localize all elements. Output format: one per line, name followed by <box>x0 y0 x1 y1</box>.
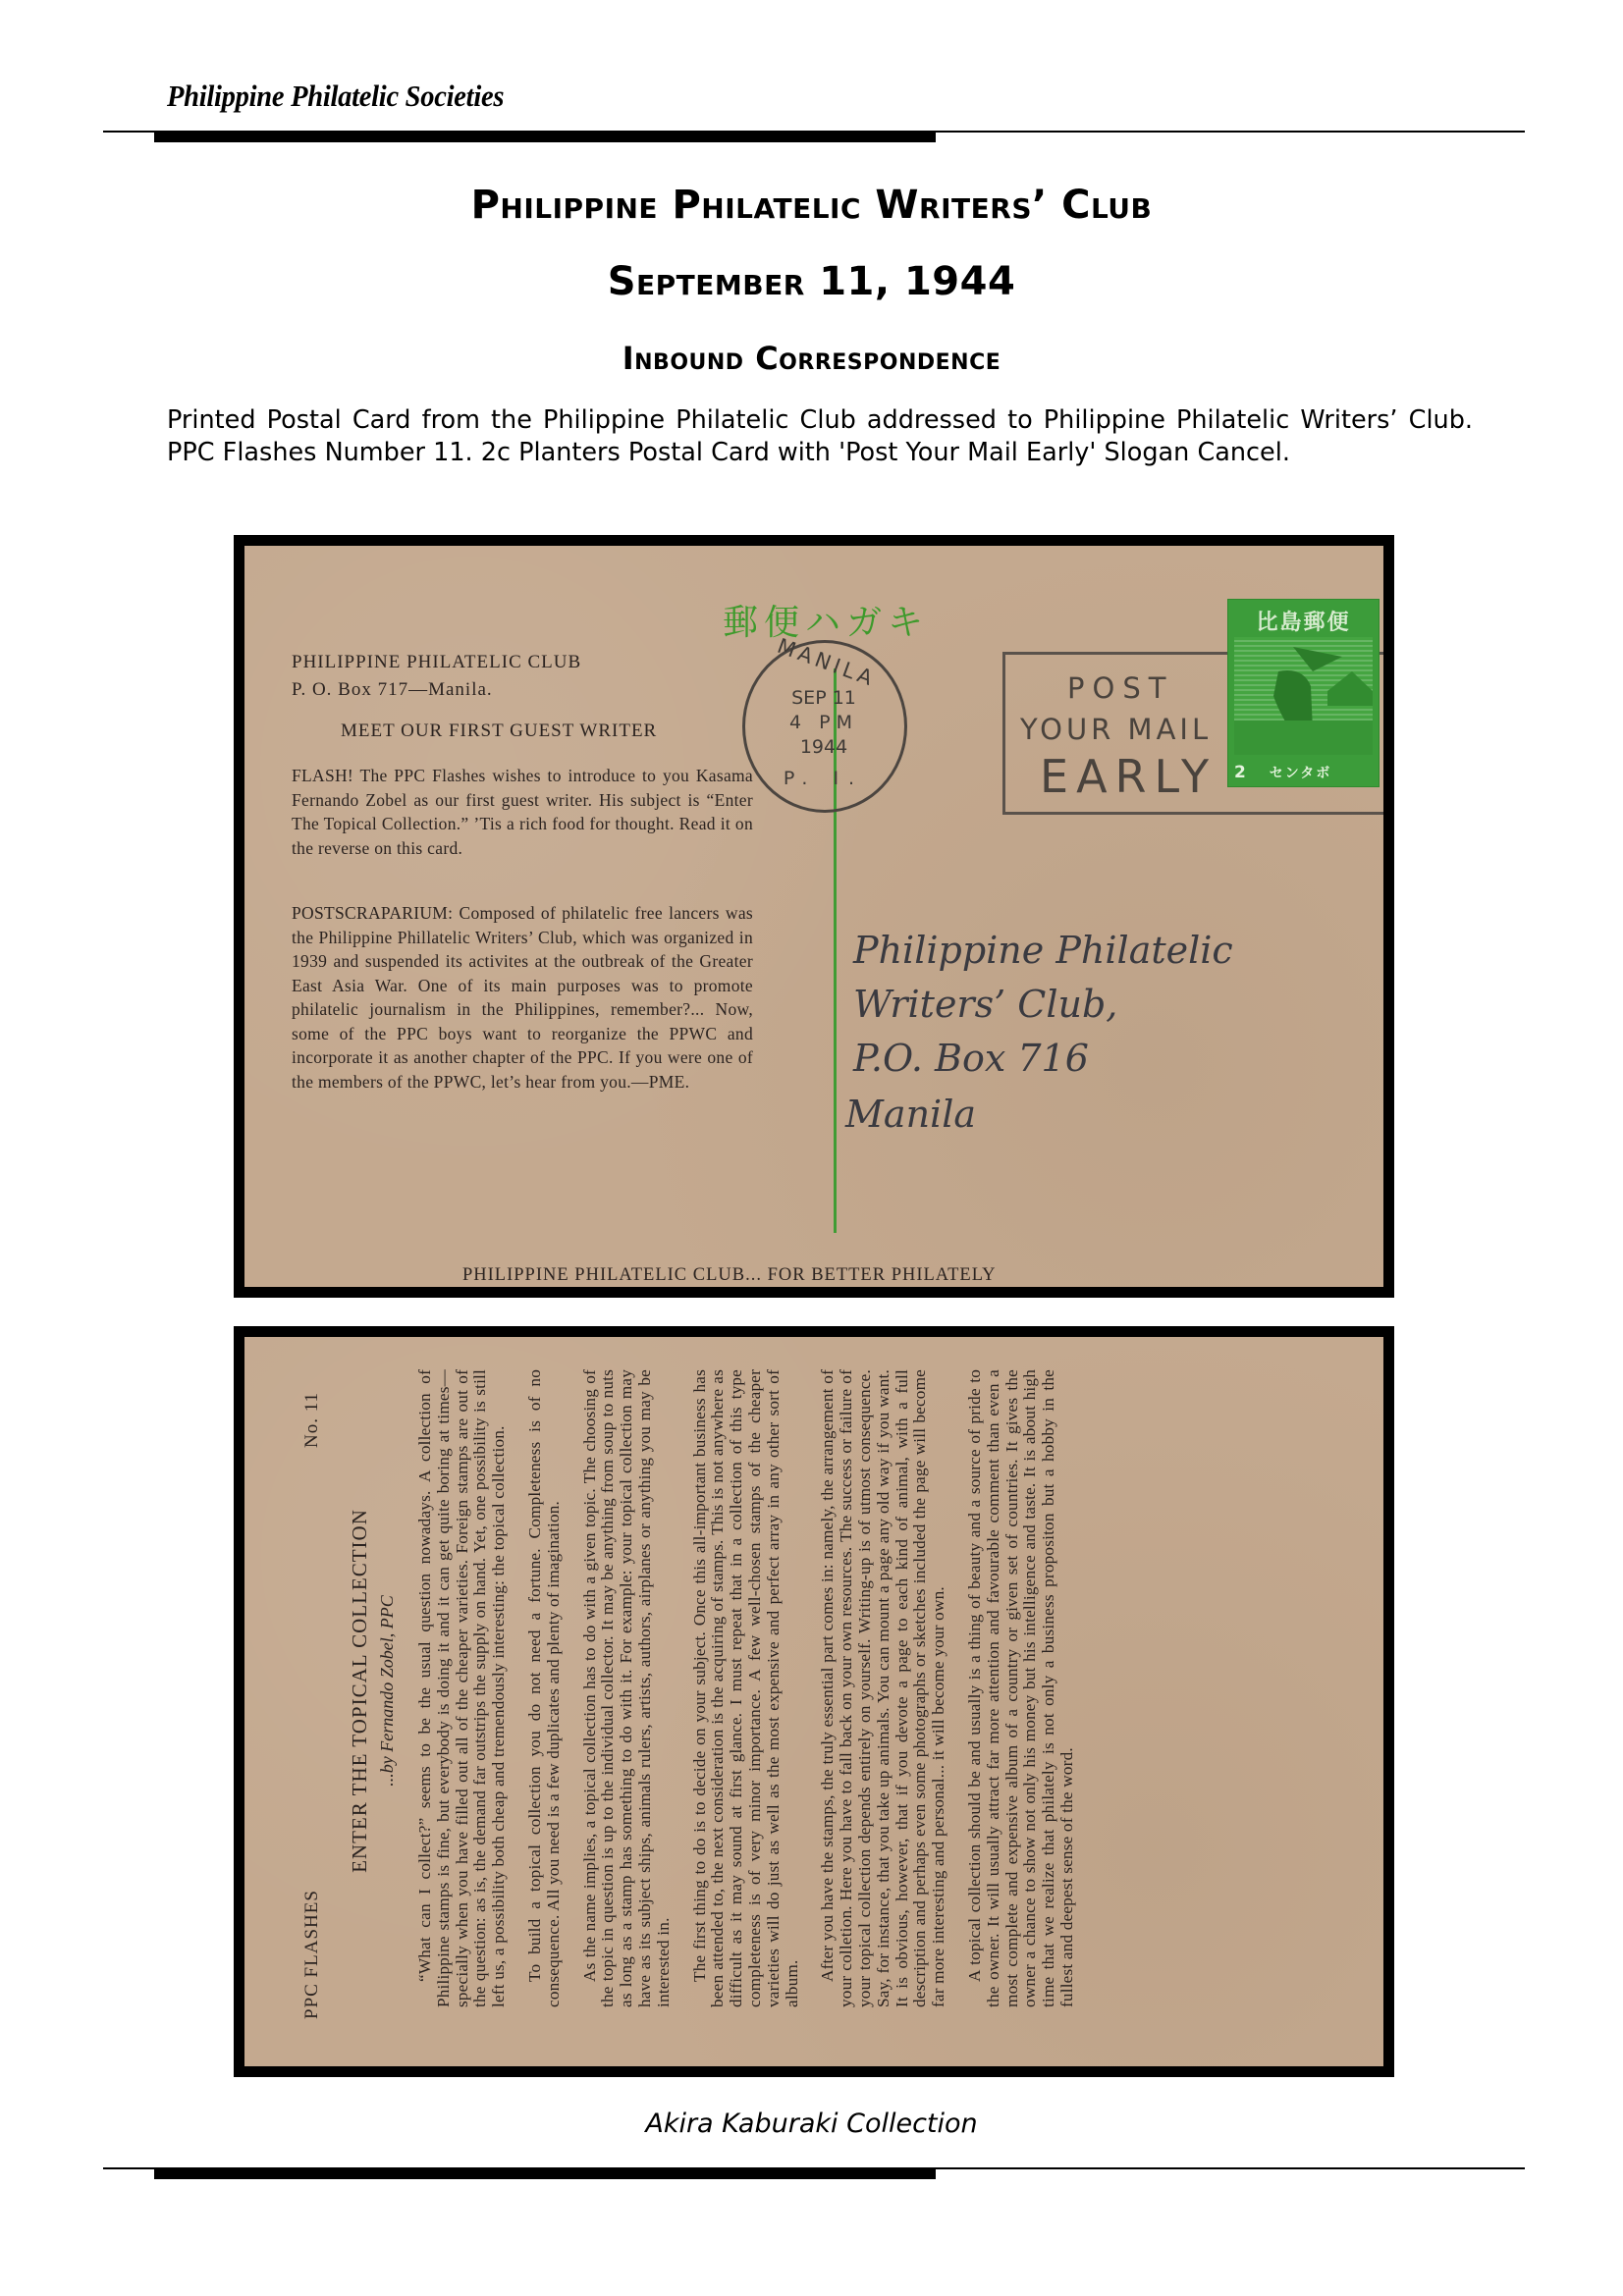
article-paragraph: “What can I collect?” seems to be the us… <box>416 1369 509 2007</box>
stamp-currency: センタボ <box>1270 766 1331 781</box>
postage-stamp: 比島郵便 2 センタボ <box>1227 599 1380 787</box>
page-title: Philippine Philatelic Writers’ Club <box>0 183 1623 228</box>
postmark-circle: MANILA SEP 11 4 PM 1944 P. I. <box>742 640 907 813</box>
slogan-line-2: YOUR MAIL <box>1020 713 1212 746</box>
address-line-3: P.O. Box 716 <box>853 1037 1089 1080</box>
slogan-line-1: POST <box>1067 671 1173 705</box>
collection-caption: Akira Kaburaki Collection <box>0 2109 1623 2139</box>
address-line-1: Philippine Philatelic <box>853 929 1233 972</box>
headline: MEET OUR FIRST GUEST WRITER <box>341 721 657 742</box>
rotated-article: PPC FLASHES No. 11 ENTER THE TOPICAL COL… <box>244 1337 1383 2066</box>
japanese-postcard-label: 郵便ハガキ <box>723 595 929 645</box>
postmark-region: P. I. <box>765 768 883 789</box>
stamp-value: 2 センタボ <box>1234 763 1331 782</box>
section-title: Inbound Correspondence <box>0 340 1623 377</box>
sender-name: PHILIPPINE PHILATELIC CLUB <box>292 649 581 676</box>
stamp-inscription: 比島郵便 <box>1228 606 1379 636</box>
sender-block: PHILIPPINE PHILATELIC CLUB P. O. Box 717… <box>292 649 581 704</box>
postal-card-back: PPC FLASHES No. 11 ENTER THE TOPICAL COL… <box>234 1326 1394 2077</box>
article-byline: ...by Fernando Zobel, PPC <box>377 1337 398 2066</box>
postal-card-front: 郵便ハガキ PHILIPPINE PHILATELIC CLUB P. O. B… <box>234 535 1394 1298</box>
postmark-time: 4 PM <box>765 712 883 733</box>
footer-rule-bar <box>154 2169 936 2179</box>
article-title: ENTER THE TOPICAL COLLECTION <box>348 1337 372 2066</box>
article-paragraph: The first thing to do is to decide on yo… <box>691 1369 802 2007</box>
planter-icon <box>1234 637 1373 755</box>
flash-paragraph: FLASH! The PPC Flashes wishes to introdu… <box>292 764 753 860</box>
header-rule-bar <box>154 133 936 142</box>
publication-name: PPC FLASHES <box>301 1890 323 2019</box>
postscraparium-paragraph: POSTSCRAPARIUM: Composed of philatelic f… <box>292 901 753 1094</box>
page-date: September 11, 1944 <box>0 259 1623 304</box>
slogan-line-3: EARLY <box>1040 750 1217 803</box>
card-footer-slogan: PHILIPPINE PHILATELIC CLUB... FOR BETTER… <box>462 1265 997 1286</box>
stamp-denomination: 2 <box>1234 763 1246 782</box>
article-paragraph: A topical collection should be and usual… <box>966 1369 1077 2007</box>
planter-illustration <box>1234 637 1373 755</box>
sender-address: P. O. Box 717—Manila. <box>292 676 581 704</box>
article-paragraph: To build a topical collection you do not… <box>526 1369 564 2007</box>
running-header: Philippine Philatelic Societies <box>167 79 504 114</box>
article-body: “What can I collect?” seems to be the us… <box>416 1369 1095 2007</box>
issue-number: No. 11 <box>301 1392 323 1448</box>
postmark-date: SEP 11 <box>765 687 883 709</box>
address-line-2: Writers’ Club, <box>853 983 1117 1026</box>
postmark-year: 1944 <box>765 736 883 758</box>
article-paragraph: As the name implies, a topical collectio… <box>581 1369 674 2007</box>
article-paragraph: After you have the stamps, the truly ess… <box>819 1369 948 2007</box>
address-line-4: Manila <box>845 1093 976 1136</box>
description: Printed Postal Card from the Philippine … <box>167 404 1473 469</box>
